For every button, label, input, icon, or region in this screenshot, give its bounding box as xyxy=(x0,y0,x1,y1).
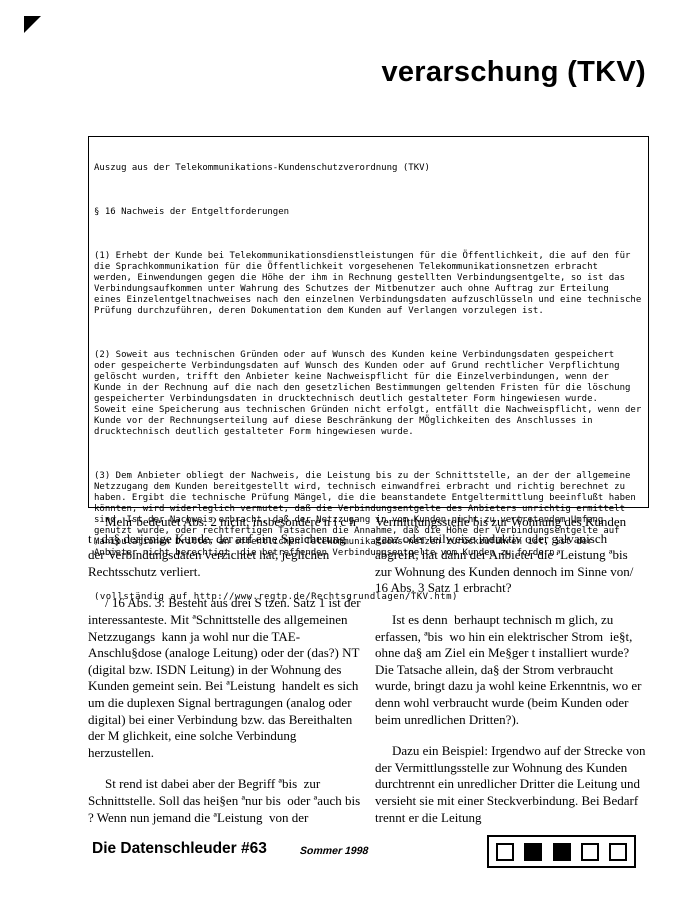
excerpt-paragraph-2: (2) Soweit aus technischen Gründen oder … xyxy=(94,350,643,438)
page-marker-square xyxy=(581,843,599,861)
tkv-excerpt-box: Auszug aus der Telekommunikations-Kunden… xyxy=(88,136,649,508)
body-paragraph: St rend ist dabei aber der Begriff ªbis … xyxy=(88,776,361,826)
body-columns: Mehr bedeutet Abs. 2 nicht, insbesondere… xyxy=(88,514,648,841)
left-column: Mehr bedeutet Abs. 2 nicht, insbesondere… xyxy=(88,514,361,841)
page-marker-square xyxy=(553,843,571,861)
issue-date: Sommer 1998 xyxy=(300,845,369,857)
body-paragraph: Vermittlungsstelle bis zur Wohnung des K… xyxy=(375,514,648,597)
body-paragraph: Dazu ein Beispiel: Irgendwo auf der Stre… xyxy=(375,743,648,826)
page-marker-square xyxy=(609,843,627,861)
excerpt-paragraph-1: (1) Erhebt der Kunde bei Telekommunikati… xyxy=(94,251,643,317)
right-column: Vermittlungsstelle bis zur Wohnung des K… xyxy=(375,514,648,841)
corner-triangle-mark xyxy=(24,16,41,33)
page-marker-box xyxy=(487,835,636,868)
page-title: verarschung (TKV) xyxy=(381,56,646,89)
body-paragraph: Ist es denn berhaupt technisch m glich, … xyxy=(375,612,648,728)
page-marker-square xyxy=(496,843,514,861)
excerpt-section-heading: § 16 Nachweis der Entgeltforderungen xyxy=(94,207,643,218)
magazine-page: verarschung (TKV) Auszug aus der Telekom… xyxy=(0,0,700,906)
excerpt-header: Auszug aus der Telekommunikations-Kunden… xyxy=(94,163,643,174)
body-paragraph: / 16 Abs. 3: Besteht aus drei S tzen. Sa… xyxy=(88,595,361,761)
body-paragraph: Mehr bedeutet Abs. 2 nicht, insbesondere… xyxy=(88,514,361,580)
publication-title: Die Datenschleuder #63 xyxy=(92,840,267,858)
page-marker-square xyxy=(524,843,542,861)
